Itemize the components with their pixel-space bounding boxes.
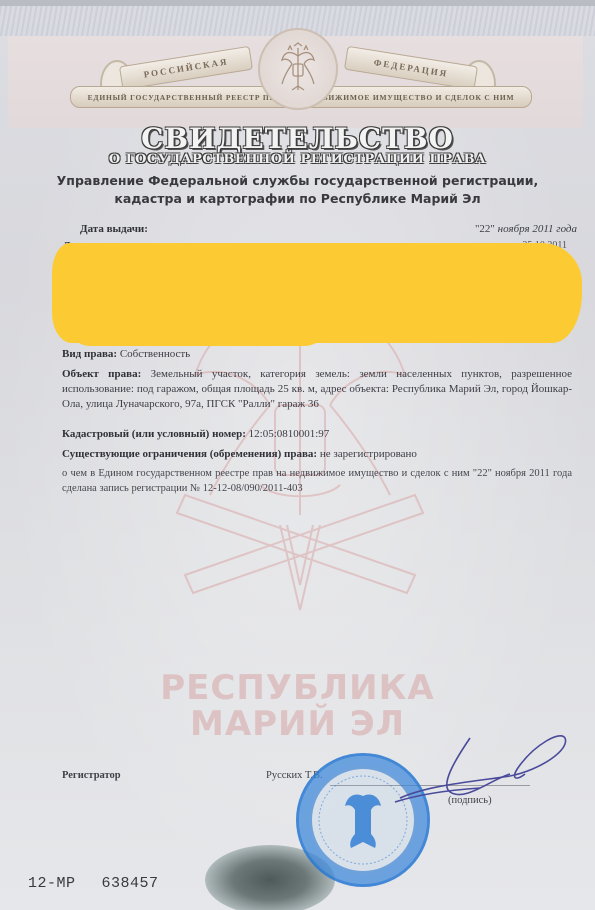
object-of-right: Объект права: Земельный участок, категор… — [62, 367, 572, 412]
cadastral-number-row: Кадастровый (или условный) номер: 12:05:… — [62, 428, 329, 440]
right-type-label: Вид права: — [62, 348, 117, 360]
restrictions-label: Существующие ограничения (обременения) п… — [62, 448, 317, 460]
emblem-medallion — [258, 28, 338, 110]
watermark-line-1: РЕСПУБЛИКА — [0, 670, 595, 706]
cadastral-number-value: 12:05:0810001:97 — [249, 428, 330, 440]
serial-series: 12-МР — [28, 875, 76, 892]
issue-date-label: Дата выдачи: — [80, 223, 148, 235]
serial-number: 638457 — [102, 875, 159, 892]
registrar-label: Регистратор — [62, 770, 121, 781]
issue-date-day: "22" — [475, 223, 495, 235]
right-type-value: Собственность — [120, 348, 190, 360]
right-type-row: Вид права: Собственность — [62, 348, 190, 360]
agency-line-2: кадастра и картографии по Республике Мар… — [0, 190, 595, 208]
form-serial-number: 12-МР638457 — [28, 875, 159, 892]
issue-date-month-year: ноября 2011 года — [498, 223, 577, 235]
cadastral-number-label: Кадастровый (или условный) номер: — [62, 428, 246, 440]
document-subtitle: О ГОСУДАРСТВЕННОЙ РЕГИСТРАЦИИ ПРАВА — [0, 152, 595, 167]
agency-line-1: Управление Федеральной службы государств… — [0, 172, 595, 190]
document-title: СВИДЕТЕЛЬСТВО — [0, 122, 595, 155]
redaction-mark-tail — [70, 320, 330, 346]
restrictions-value: не зарегистрировано — [320, 448, 417, 460]
issue-date-value: "22" ноября 2011 года — [475, 223, 577, 235]
issuing-agency: Управление Федеральной службы государств… — [0, 172, 595, 208]
double-headed-eagle-icon — [274, 42, 322, 96]
registry-entry-note: о чем в Едином государственном реестре п… — [62, 466, 572, 496]
object-right-label: Объект права: — [62, 368, 141, 380]
handwritten-signature — [340, 730, 580, 820]
restrictions-row: Существующие ограничения (обременения) п… — [62, 448, 417, 460]
